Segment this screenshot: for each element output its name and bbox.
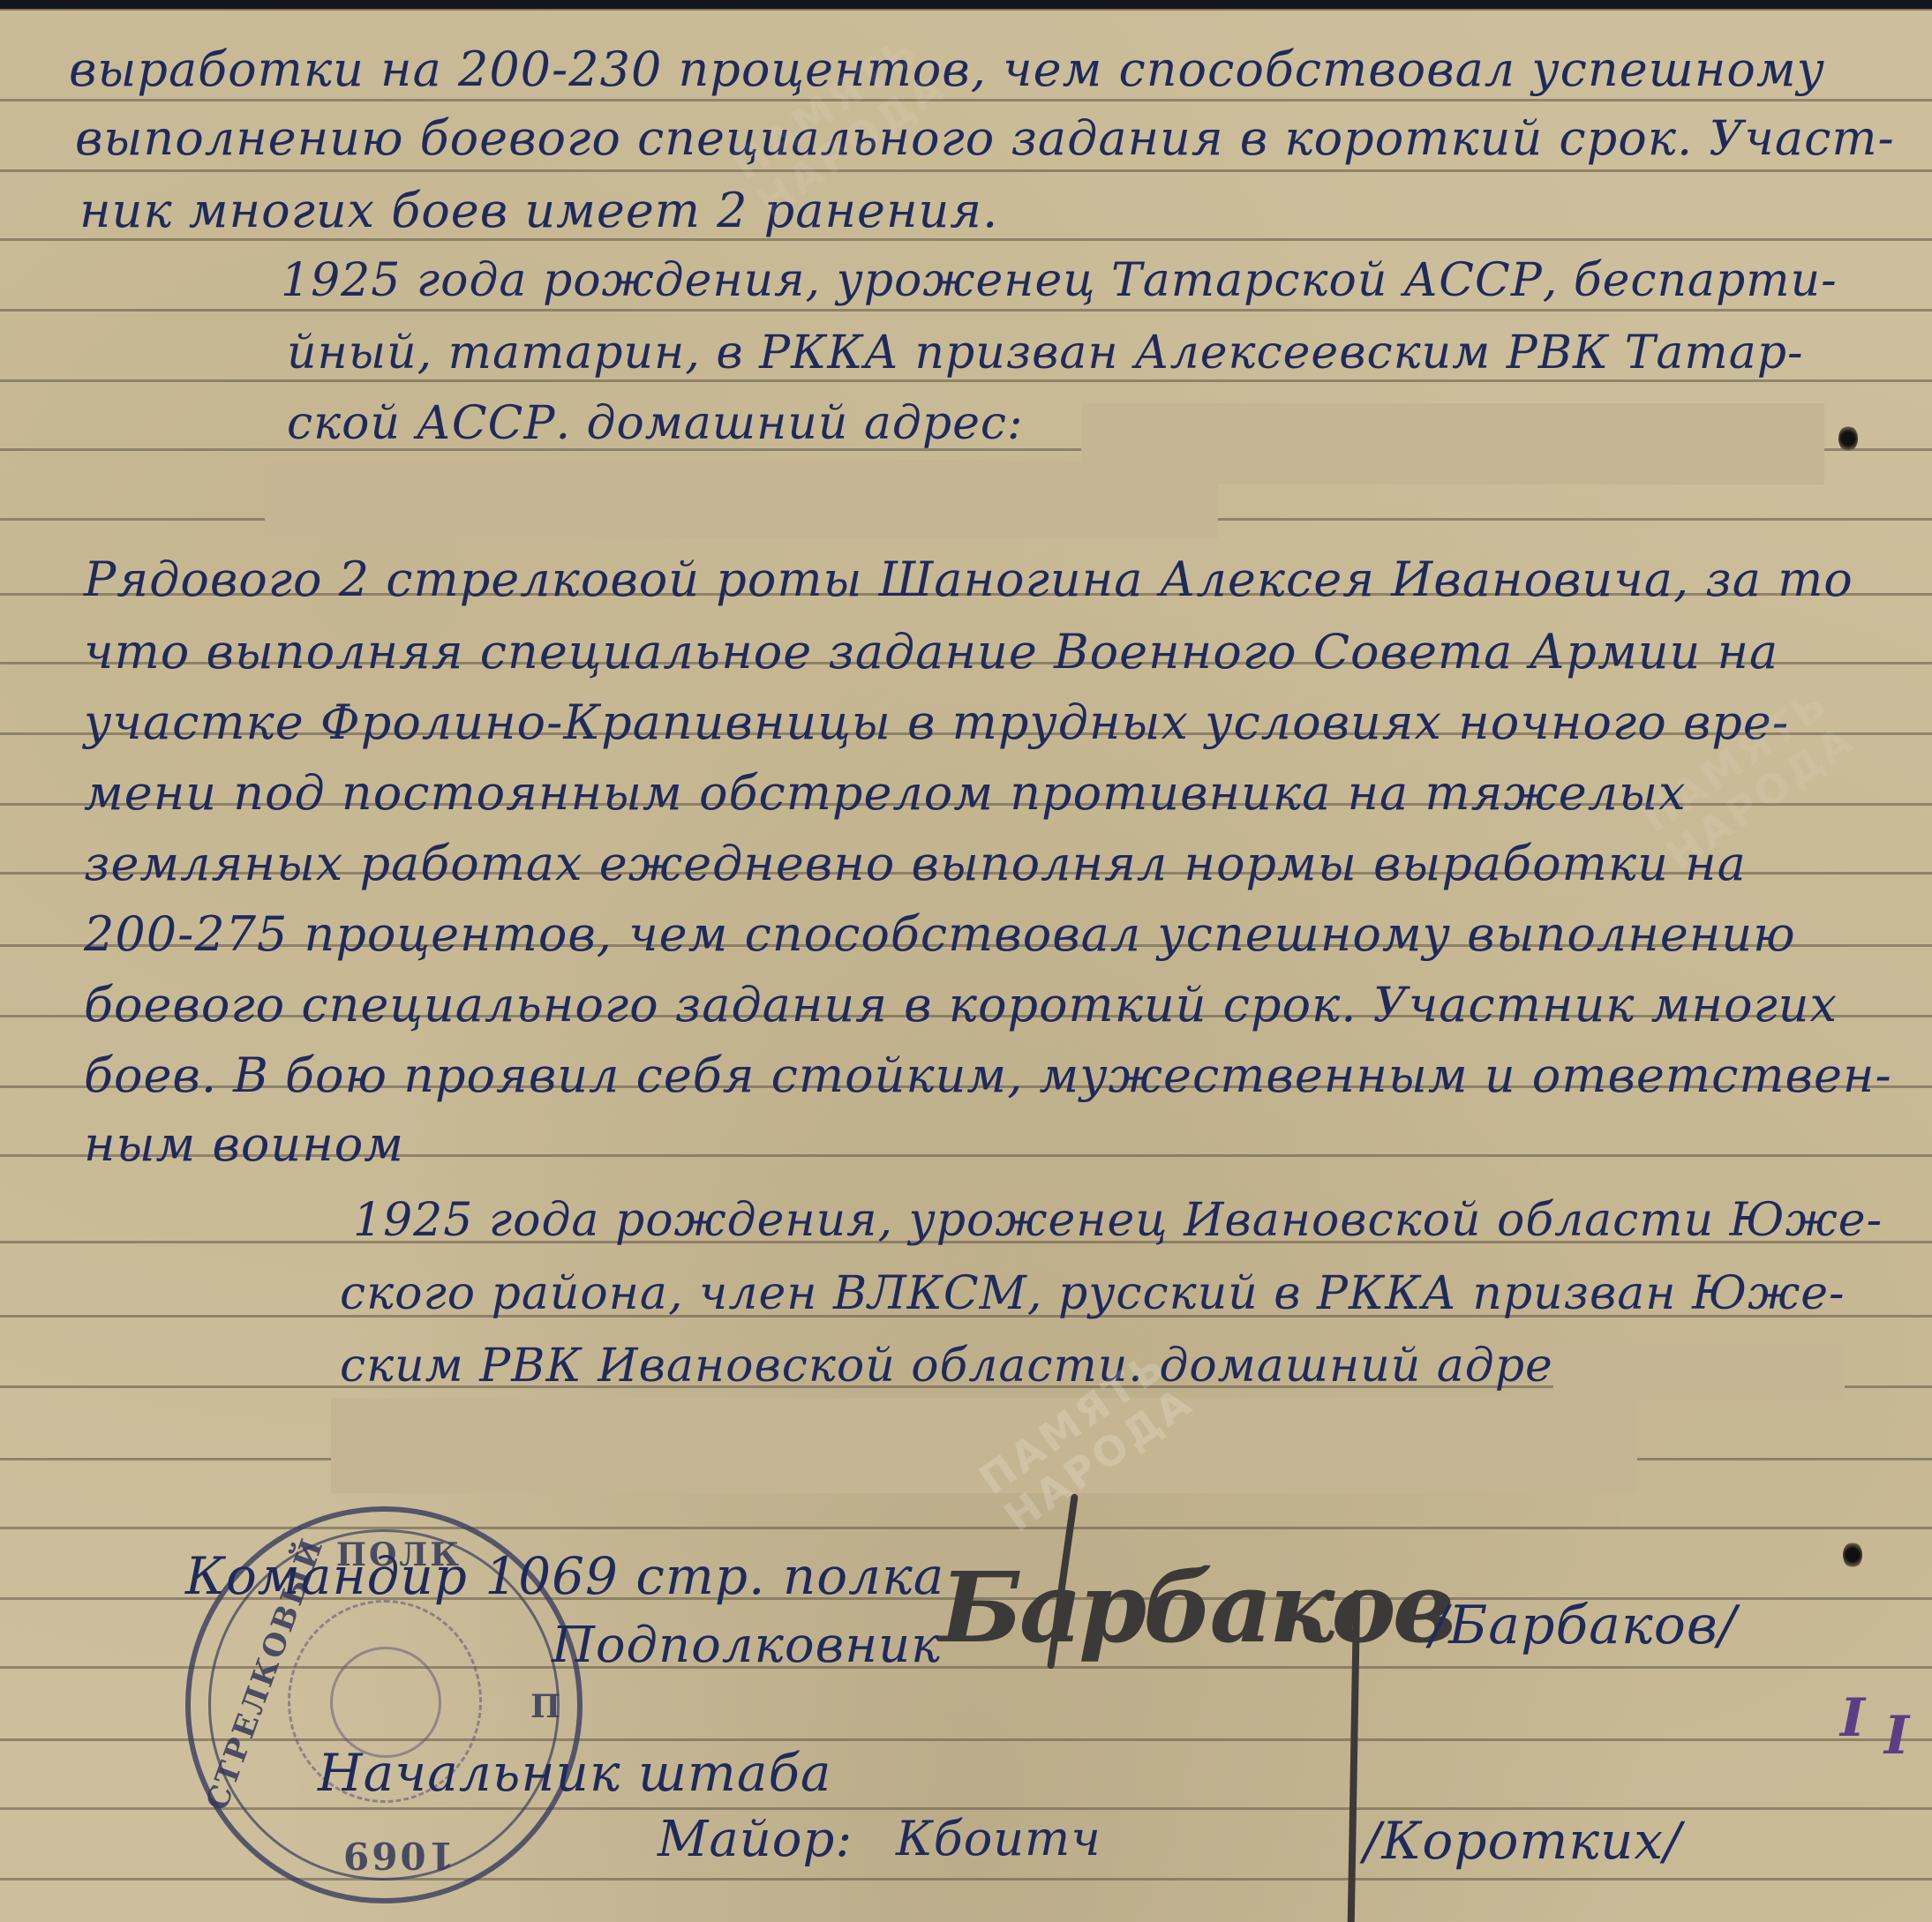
ruled-line bbox=[0, 99, 1932, 101]
document-page: выработки на 200-230 процентов, чем спос… bbox=[0, 9, 1932, 1922]
stamp-text-right: П bbox=[530, 1688, 563, 1725]
punch-hole bbox=[1843, 1542, 1862, 1568]
entry2-line-9: ным воином bbox=[84, 1121, 404, 1168]
margin-mark: I bbox=[1840, 1687, 1865, 1749]
entry2-line-7: боевого специального задания в короткий … bbox=[84, 981, 1838, 1029]
entry2-line-1: Рядового 2 стрелковой роты Шаногина Алек… bbox=[84, 556, 1853, 604]
redacted-address bbox=[1553, 1345, 1845, 1400]
margin-mark: I bbox=[1884, 1705, 1909, 1767]
chief-signature: Кбоитч bbox=[896, 1815, 1101, 1863]
entry2-line-11: ского района, член ВЛКСМ, русский в РККА… bbox=[340, 1271, 1846, 1317]
entry1-line-4: 1925 года рождения, уроженец Татарской А… bbox=[281, 258, 1838, 304]
chief-rank: Майор: bbox=[658, 1815, 853, 1865]
entry2-line-12: ским РВК Ивановской области. домашний ад… bbox=[340, 1343, 1596, 1389]
punch-hole bbox=[1838, 425, 1858, 452]
entry1-line-1: выработки на 200-230 процентов, чем спос… bbox=[69, 46, 1825, 94]
chief-title: Начальник штаба bbox=[318, 1747, 831, 1798]
ruled-line bbox=[0, 379, 1932, 382]
entry1-line-3: ник многих боев имеет 2 ранения. bbox=[79, 187, 998, 235]
stamp-text-bottom: 1069 bbox=[341, 1834, 455, 1877]
entry2-line-8: боев. В бою проявил себя стойким, мужест… bbox=[84, 1052, 1892, 1100]
entry2-line-3: участке Фролино-Крапивницы в трудных усл… bbox=[84, 699, 1789, 747]
commander-rank: Подполковник bbox=[552, 1621, 942, 1670]
entry2-line-2: что выполняя специальное задание Военног… bbox=[84, 628, 1778, 676]
commander-title: Командир 1069 стр. полка bbox=[185, 1550, 944, 1602]
entry1-line-2: выполнению боевого специального задания … bbox=[75, 115, 1895, 162]
ruled-line bbox=[0, 309, 1932, 312]
entry1-line-5: йный, татарин, в РККА призван Алексеевск… bbox=[287, 330, 1804, 376]
commander-signature: Барбаков bbox=[940, 1550, 1453, 1664]
ruled-line bbox=[0, 238, 1932, 241]
entry2-line-10: 1925 года рождения, уроженец Ивановской … bbox=[353, 1197, 1883, 1243]
ruled-line bbox=[0, 169, 1932, 172]
entry2-line-6: 200-275 процентов, чем способствовал усп… bbox=[84, 911, 1796, 958]
redacted-address bbox=[265, 461, 1218, 538]
commander-name: /Барбаков/ bbox=[1430, 1599, 1737, 1652]
chief-name: /Коротких/ bbox=[1364, 1815, 1682, 1866]
entry2-line-4: мени под постоянным обстрелом противника… bbox=[84, 770, 1687, 817]
entry1-line-6: ской АССР. домашний адрес: bbox=[287, 401, 1024, 447]
entry2-line-5: земляных работах ежедневно выполнял норм… bbox=[84, 840, 1747, 888]
